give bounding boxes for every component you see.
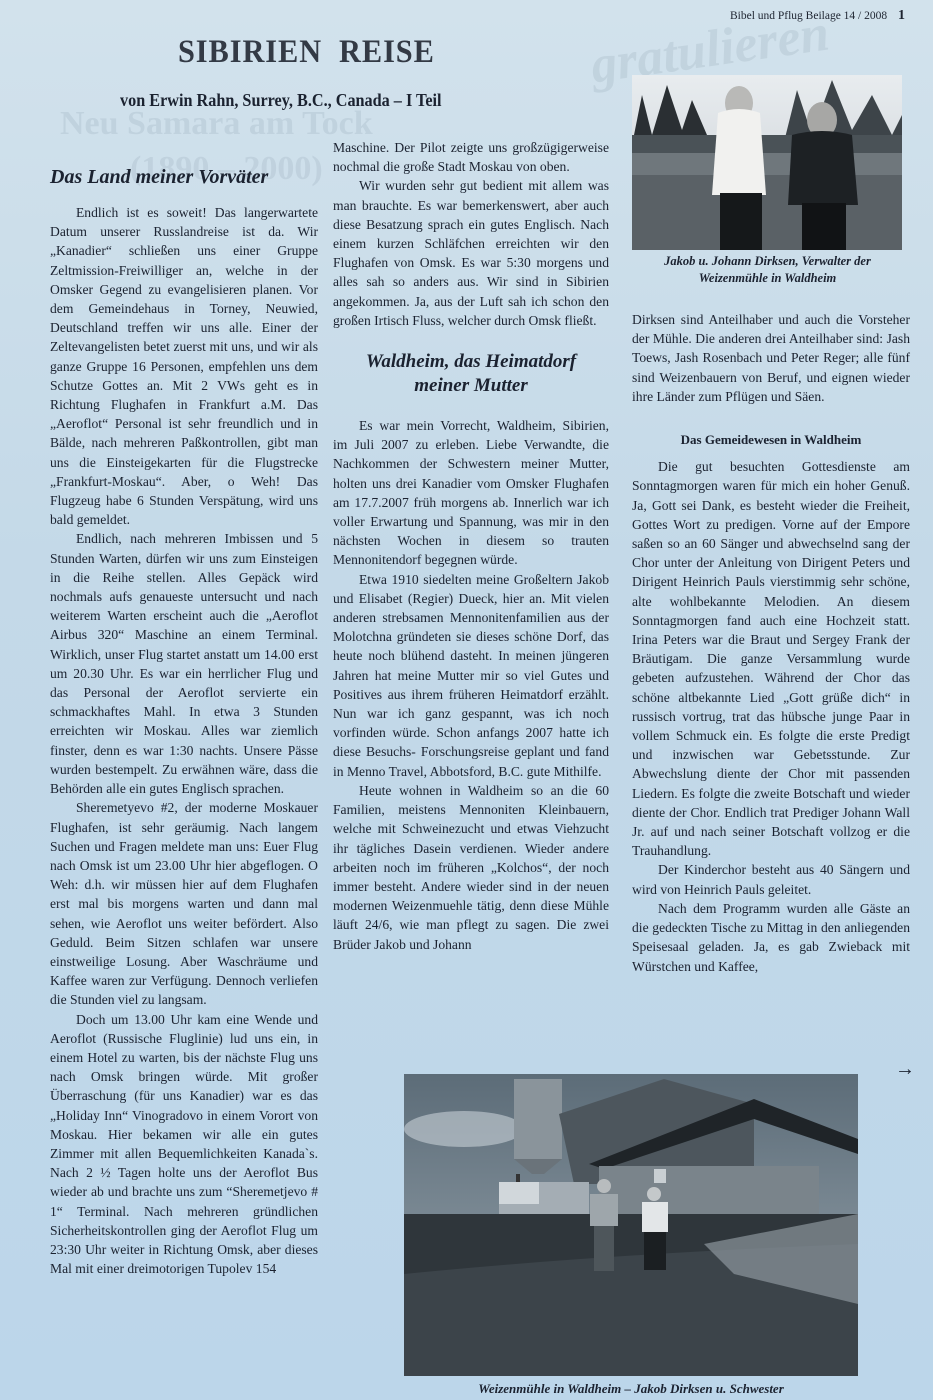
continue-arrow-icon: → [895,1058,915,1081]
column-1: Das Land meiner Vorväter Endlich ist es … [50,165,318,1278]
article-title: SIBIRIEN REISE [178,34,435,71]
photo-caption-dirksen: Jakob u. Johann Dirksen, Verwalter der W… [640,253,895,287]
paragraph: Doch um 13.00 Uhr kam eine Wende und Aer… [50,1010,318,1279]
section-heading-waldheim: Waldheim, das Heimatdorf meiner Mutter [357,350,585,398]
photo-image [404,1074,858,1376]
photo-image [632,75,902,250]
publication-label: Bibel und Pflug Beilage 14 / 2008 [730,10,887,22]
article-byline: von Erwin Rahn, Surrey, B.C., Canada – I… [120,90,442,111]
section-heading-vorvaeter: Das Land meiner Vorväter [50,165,318,189]
column-2: Maschine. Der Pilot zeigte uns großzügig… [333,138,609,954]
paragraph: Etwa 1910 siedelten meine Großeltern Jak… [333,570,609,781]
paragraph: Endlich ist es soweit! Das langerwartete… [50,203,318,529]
paragraph: Maschine. Der Pilot zeigte uns großzügig… [333,138,609,176]
photo-caption-weizenmuehle: Weizenmühle in Waldheim – Jakob Dirksen … [404,1380,858,1397]
paragraph: Dirksen sind Anteilhaber und auch die Vo… [632,310,910,406]
page-number: 1 [898,8,905,23]
paragraph: Die gut besuchten Gottesdienste am Sonnt… [632,457,910,860]
paragraph: Der Kinderchor besteht aus 40 Sängern un… [632,860,910,898]
paragraph: Wir wurden sehr gut bedient mit allem wa… [333,176,609,330]
photo-dirksen-brothers [632,75,902,250]
paragraph: Heute wohnen in Waldheim so an die 60 Fa… [333,781,609,954]
section-heading-gemeidewesen: Das Gemeidewesen in Waldheim [632,430,910,449]
paragraph: Nach dem Programm wurden alle Gäste an d… [632,899,910,976]
photo-weizenmuehle [404,1074,858,1376]
column-3: Dirksen sind Anteilhaber und auch die Vo… [632,310,910,976]
paragraph: Es war mein Vorrecht, Waldheim, Sibirien… [333,416,609,570]
page-header: Bibel und Pflug Beilage 14 / 2008 1 [730,8,905,24]
paragraph: Sheremetyevo #2, der moderne Moskauer Fl… [50,798,318,1009]
paragraph: Endlich, nach mehreren Imbissen und 5 St… [50,529,318,798]
